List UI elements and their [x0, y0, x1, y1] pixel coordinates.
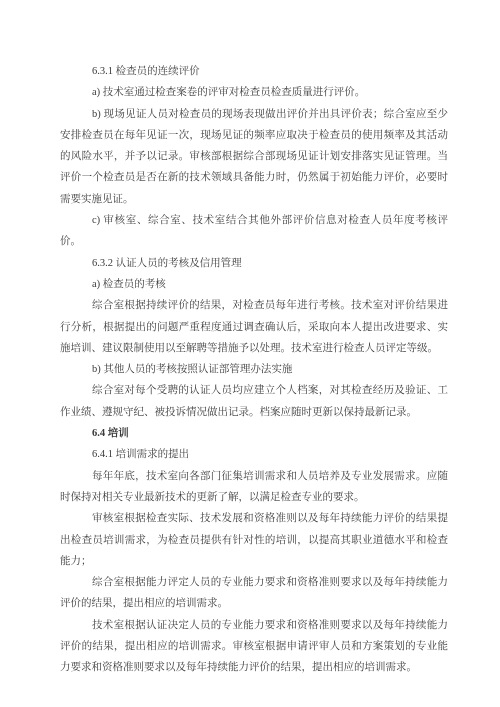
- para-assessment-handling: 综合室根据持续评价的结果，对检查员每年进行考核。技术室对评价结果进行分析，根据提…: [60, 295, 448, 359]
- para-general-office-training-needs: 综合室根据能力评定人员的专业能力要求和资格准则要求以及每年持续能力评价的结果，提…: [60, 572, 448, 615]
- item-c-annual-assessment: c) 审核室、综合室、技术室结合其他外部评价信息对检查人员年度考核评价。: [60, 210, 448, 253]
- heading-6-4-1: 6.4.1 培训需求的提出: [60, 444, 448, 465]
- heading-6-3-2: 6.3.2 认证人员的考核及信用管理: [60, 253, 448, 274]
- item-b-other-personnel: b) 其他人员的考核按照认证部管理办法实施: [60, 359, 448, 380]
- heading-6-3-1: 6.3.1 检查员的连续评价: [60, 61, 448, 82]
- document-body: 6.3.1 检查员的连续评价 a) 技术室通过检查案卷的评审对检查员检查质量进行…: [60, 61, 448, 679]
- para-personal-records: 综合室对每个受聘的认证人员均应建立个人档案，对其检查经历及验证、工作业绩、遵规守…: [60, 380, 448, 423]
- heading-6-4: 6.4 培训: [60, 423, 448, 444]
- para-technical-office-training-needs: 技术室根据认证决定人员的专业能力要求和资格准则要求以及每年持续能力评价的结果，提…: [60, 615, 448, 679]
- item-a-case-file-review: a) 技术室通过检查案卷的评审对检查员检查质量进行评价。: [60, 82, 448, 103]
- item-a-inspector-assessment: a) 检查员的考核: [60, 274, 448, 295]
- document-page: 6.3.1 检查员的连续评价 a) 技术室通过检查案卷的评审对检查员检查质量进行…: [0, 0, 500, 707]
- para-training-needs-collection: 每年年底，技术室向各部门征集培训需求和人员培养及专业发展需求。应随时保持对相关专…: [60, 466, 448, 509]
- item-b-onsite-witness: b) 现场见证人员对检查员的现场表现做出评价并出具评价表；综合室应至少安排检查员…: [60, 104, 448, 210]
- para-audit-office-training-needs: 审核室根据检查实际、技术发展和资格准则以及每年持续能力评价的结果提出检查员培训需…: [60, 508, 448, 572]
